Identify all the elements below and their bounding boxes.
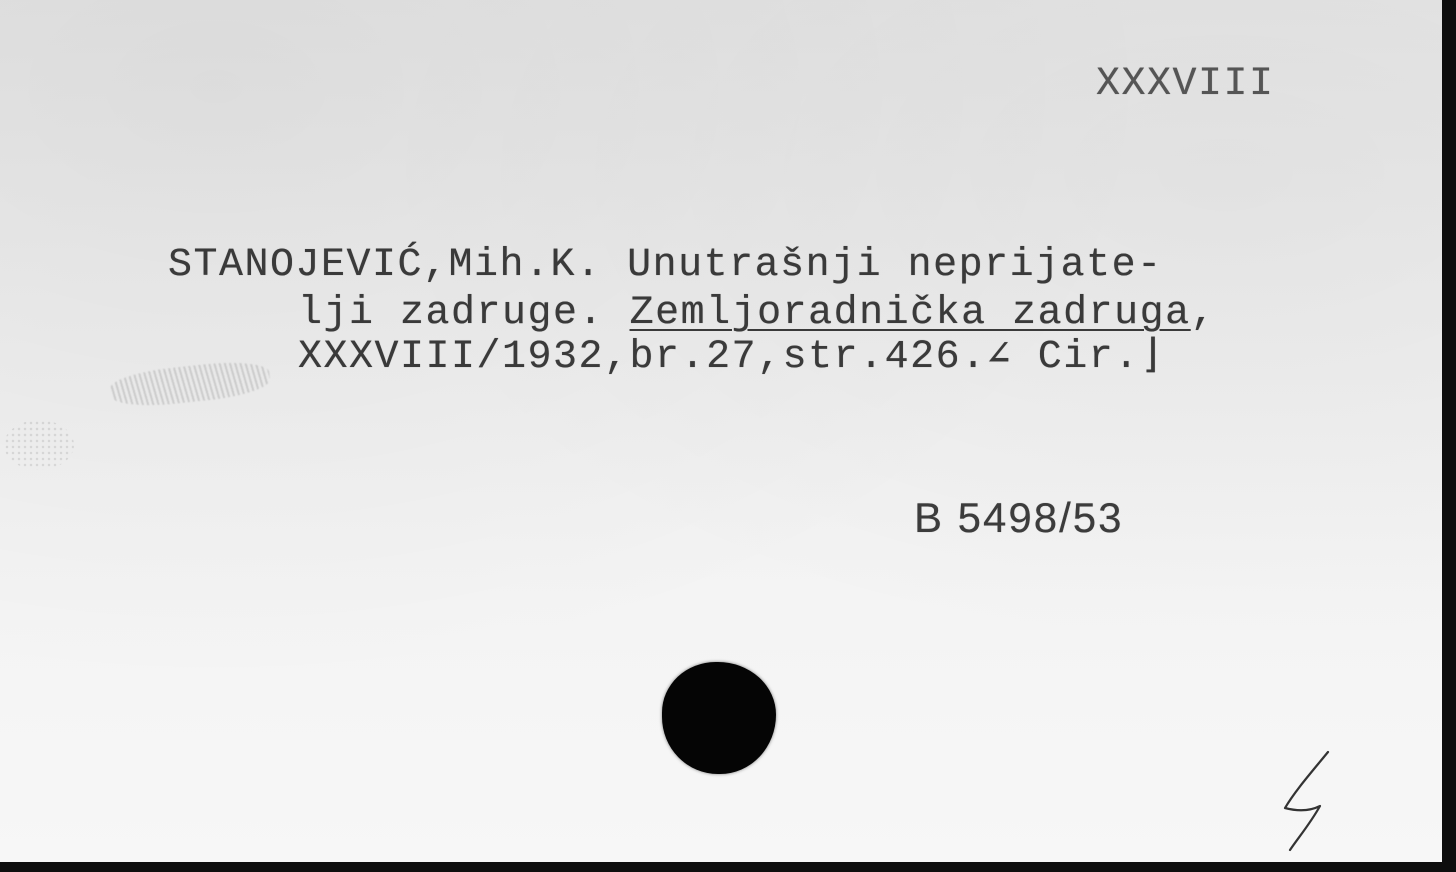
ink-speckle bbox=[4, 420, 74, 470]
journal-comma: , bbox=[1191, 291, 1217, 336]
entry-line-title-journal: lji zadruge. Zemljoradnička zadruga, bbox=[298, 294, 1216, 334]
scan-border-right bbox=[1442, 0, 1456, 872]
entry-line-citation: XXXVIII/1932,br.27,str.426.∠ Cir.⌋ bbox=[298, 338, 1165, 378]
scan-border-bottom bbox=[0, 862, 1456, 872]
ink-smudge bbox=[109, 358, 272, 411]
section-number: XXXVIII bbox=[1096, 62, 1275, 107]
handwritten-number-4-mark bbox=[1250, 746, 1330, 856]
entry-line-author-title: STANOJEVIĆ,Mih.K. Unutrašnji neprijate- bbox=[168, 246, 1163, 286]
journal-title: Zemljoradnička zadruga bbox=[630, 291, 1191, 336]
punch-hole bbox=[662, 662, 776, 774]
title-continuation: lji zadruge. bbox=[298, 291, 630, 336]
call-number: B 5498/53 bbox=[914, 494, 1124, 542]
catalog-card: XXXVIII STANOJEVIĆ,Mih.K. Unutrašnji nep… bbox=[0, 0, 1442, 864]
